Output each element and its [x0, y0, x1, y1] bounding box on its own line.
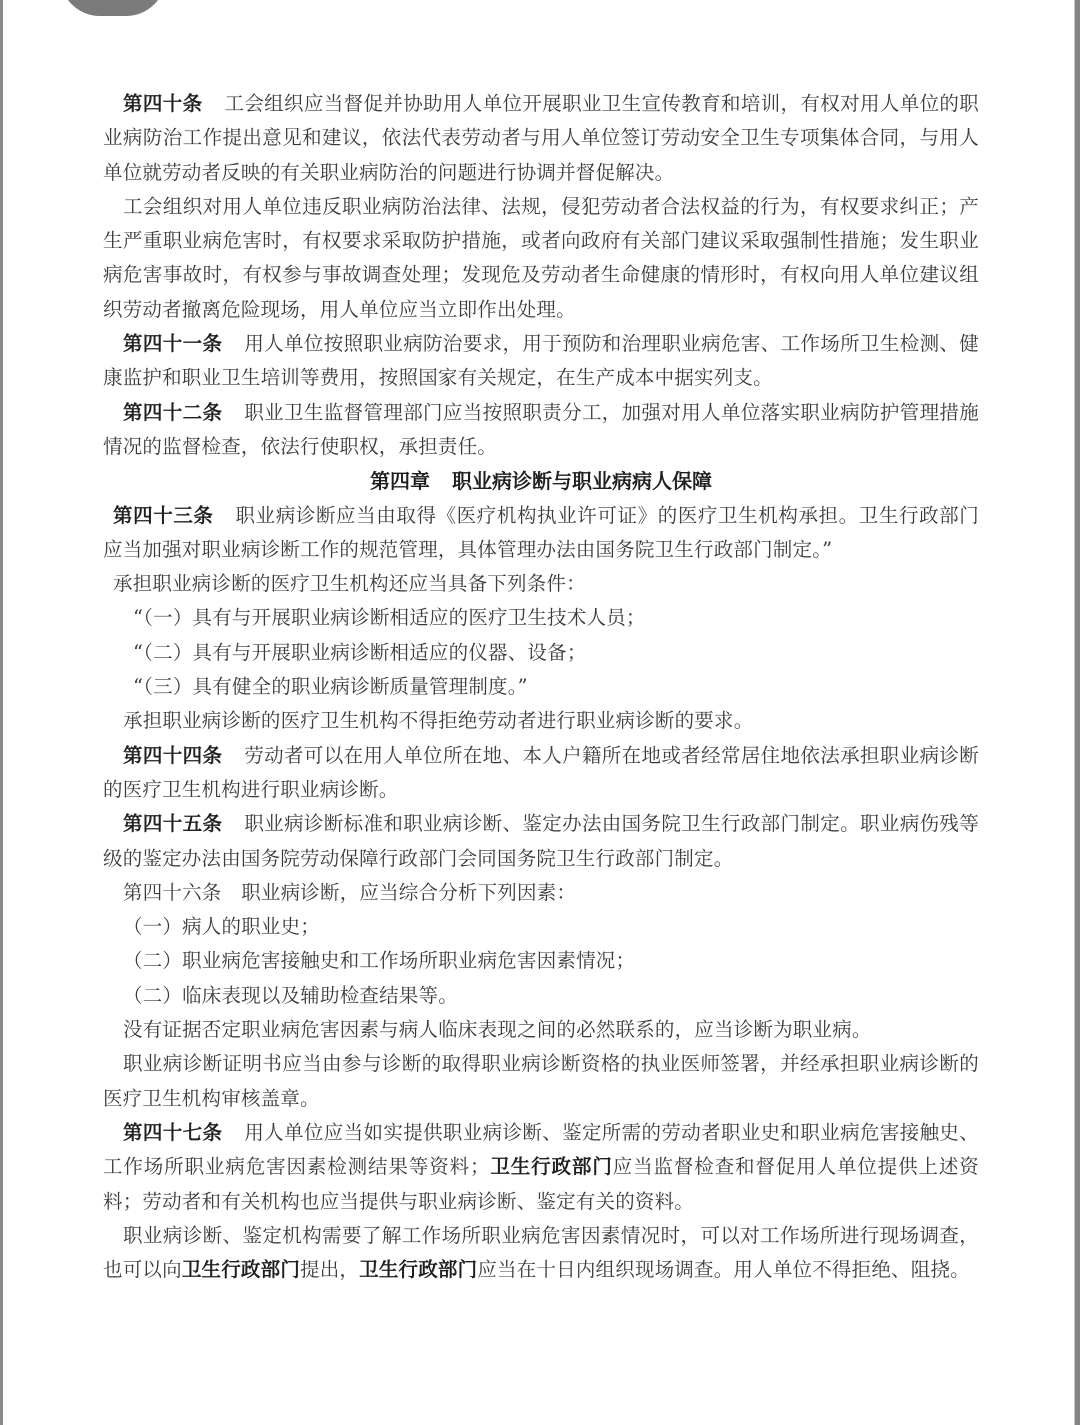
paragraph-text: 没有证据否定职业病危害因素与病人临床表现之间的必然联系的，应当诊断为职业病。: [123, 1018, 872, 1041]
article-text: 职业卫生监督管理部门应当按照职责分工，加强对用人单位落实职业病防护管理措施情况的…: [103, 401, 979, 458]
list-item-text: （一）病人的职业史；: [123, 915, 320, 938]
article-45: 第四十五条职业病诊断标准和职业病诊断、鉴定办法由国务院卫生行政部门制定。职业病伤…: [103, 807, 979, 876]
article-42: 第四十二条职业卫生监督管理部门应当按照职责分工，加强对用人单位落实职业病防护管理…: [103, 396, 979, 465]
right-frame-edge: [1074, 0, 1080, 1425]
chapter-heading: 第四章职业病诊断与职业病病人保障: [103, 464, 979, 498]
article-text: 用人单位按照职业病防治要求，用于预防和治理职业病危害、工作场所卫生检测、健康监护…: [103, 332, 979, 389]
top-overlay-tab: [60, 0, 166, 16]
article-46-factor-2: （二）职业病危害接触史和工作场所职业病危害因素情况；: [103, 944, 979, 978]
article-text: 劳动者可以在用人单位所在地、本人户籍所在地或者经常居住地依法承担职业病诊断的医疗…: [103, 744, 979, 801]
paragraph-text: 承担职业病诊断的医疗卫生机构还应当具备下列条件：: [113, 572, 586, 595]
paragraph-text: 应当在十日内组织现场调查。用人单位不得拒绝、阻挠。: [477, 1258, 970, 1281]
article-43-condition-3: “（三）具有健全的职业病诊断质量管理制度。”: [103, 670, 979, 704]
article-number: 第四十四条: [123, 744, 222, 767]
emphasis-text: 卫生行政部门: [359, 1258, 477, 1281]
article-43-condition-1: “（一）具有与开展职业病诊断相适应的医疗卫生技术人员；: [103, 601, 979, 635]
list-item-text: “（三）具有健全的职业病诊断质量管理制度。”: [133, 675, 528, 698]
paragraph-text: 提出，: [300, 1258, 359, 1281]
article-text: 工会组织应当督促并协助用人单位开展职业卫生宣传教育和培训，有权对用人单位的职业病…: [103, 92, 979, 184]
article-number: 第四十三条: [113, 504, 214, 527]
article-44: 第四十四条劳动者可以在用人单位所在地、本人户籍所在地或者经常居住地依法承担职业病…: [103, 739, 979, 808]
left-frame-edge: [0, 0, 3, 1425]
paragraph-text: 工会组织对用人单位违反职业病防治法律、法规，侵犯劳动者合法权益的行为，有权要求纠…: [103, 195, 979, 321]
emphasis-text: 卫生行政部门: [490, 1155, 613, 1178]
article-46-factor-3: （二）临床表现以及辅助检查结果等。: [103, 979, 979, 1013]
article-47-paragraph-2: 职业病诊断、鉴定机构需要了解工作场所职业病危害因素情况时，可以对工作场所进行现场…: [103, 1219, 979, 1288]
article-40-paragraph-2: 工会组织对用人单位违反职业病防治法律、法规，侵犯劳动者合法权益的行为，有权要求纠…: [103, 190, 979, 327]
paragraph-text: 承担职业病诊断的医疗卫生机构不得拒绝劳动者进行职业病诊断的要求。: [123, 709, 753, 732]
article-43: 第四十三条职业病诊断应当由取得《医疗机构执业许可证》的医疗卫生机构承担。卫生行政…: [103, 499, 979, 568]
list-item-text: “（一）具有与开展职业病诊断相适应的医疗卫生技术人员；: [133, 606, 646, 629]
article-40: 第四十条工会组织应当督促并协助用人单位开展职业卫生宣传教育和培训，有权对用人单位…: [103, 87, 979, 190]
paragraph-text: 职业病诊断证明书应当由参与诊断的取得职业病诊断资格的执业医师签署，并经承担职业病…: [103, 1052, 979, 1109]
article-46-factor-1: （一）病人的职业史；: [103, 910, 979, 944]
emphasis-text: 卫生行政部门: [182, 1258, 300, 1281]
chapter-title: 职业病诊断与职业病病人保障: [452, 469, 712, 493]
article-47: 第四十七条用人单位应当如实提供职业病诊断、鉴定所需的劳动者职业史和职业病危害接触…: [103, 1116, 979, 1219]
article-text: 职业病诊断标准和职业病诊断、鉴定办法由国务院卫生行政部门制定。职业病伤残等级的鉴…: [103, 812, 979, 869]
list-item-text: （二）职业病危害接触史和工作场所职业病危害因素情况；: [123, 949, 635, 972]
article-text: 第四十六条 职业病诊断，应当综合分析下列因素：: [123, 881, 576, 904]
article-number: 第四十二条: [123, 401, 222, 424]
article-number: 第四十七条: [123, 1121, 222, 1144]
article-46: 第四十六条 职业病诊断，应当综合分析下列因素：: [103, 876, 979, 910]
article-41: 第四十一条用人单位按照职业病防治要求，用于预防和治理职业病危害、工作场所卫生检测…: [103, 327, 979, 396]
article-number: 第四十一条: [123, 332, 222, 355]
document-page: 第四十条工会组织应当督促并协助用人单位开展职业卫生宣传教育和培训，有权对用人单位…: [103, 87, 979, 1287]
list-item-text: “（二）具有与开展职业病诊断相适应的仪器、设备；: [133, 641, 587, 664]
list-item-text: （二）临床表现以及辅助检查结果等。: [123, 984, 458, 1007]
article-number: 第四十五条: [123, 812, 222, 835]
article-text: 职业病诊断应当由取得《医疗机构执业许可证》的医疗卫生机构承担。卫生行政部门应当加…: [103, 504, 979, 561]
article-46-paragraph-2: 没有证据否定职业病危害因素与病人临床表现之间的必然联系的，应当诊断为职业病。: [103, 1013, 979, 1047]
article-number: 第四十条: [123, 92, 202, 115]
article-43-condition-2: “（二）具有与开展职业病诊断相适应的仪器、设备；: [103, 636, 979, 670]
article-43-conditions-intro: 承担职业病诊断的医疗卫生机构还应当具备下列条件：: [103, 567, 979, 601]
chapter-number: 第四章: [370, 469, 430, 493]
article-46-paragraph-3: 职业病诊断证明书应当由参与诊断的取得职业病诊断资格的执业医师签署，并经承担职业病…: [103, 1047, 979, 1116]
article-43-paragraph-3: 承担职业病诊断的医疗卫生机构不得拒绝劳动者进行职业病诊断的要求。: [103, 704, 979, 738]
